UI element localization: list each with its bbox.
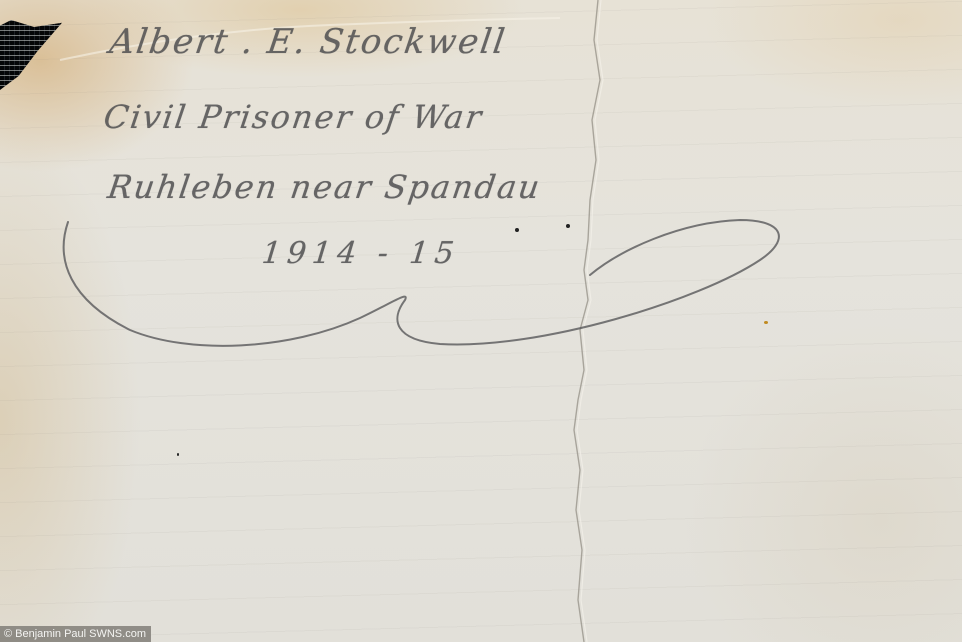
faint-ghost-text-lines: [0, 0, 962, 642]
handwritten-status: Civil Prisoner of War: [101, 98, 485, 136]
rust-speck: [764, 321, 768, 324]
ink-speck: [566, 224, 570, 228]
photo-credit: © Benjamin Paul SWNS.com: [0, 626, 151, 642]
ink-speck: [177, 453, 179, 456]
handwritten-location: Ruhleben near Spandau: [105, 168, 543, 206]
handwritten-name: Albert . E. Stockwell: [107, 22, 509, 62]
handwritten-date: 1914 - 15: [260, 236, 461, 271]
ink-speck: [515, 228, 519, 232]
